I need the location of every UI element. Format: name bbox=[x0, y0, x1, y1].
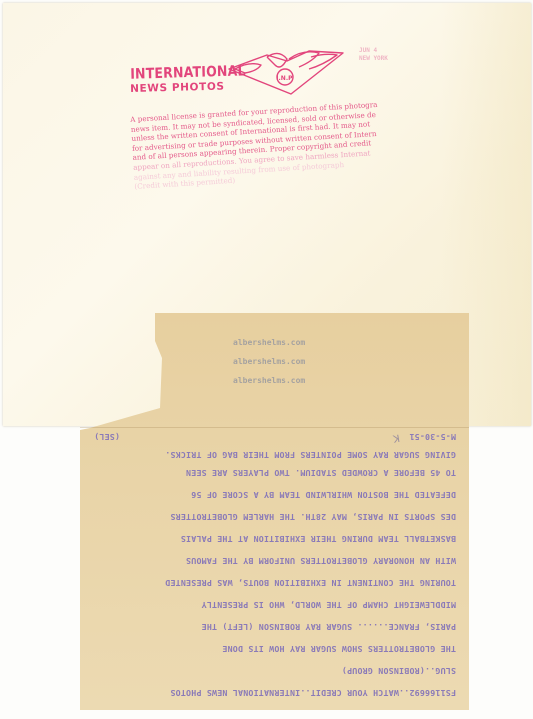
caption-line: GIVING SUGAR RAY SOME POINTERS FROM THEI… bbox=[165, 450, 456, 460]
file-code: M-5-30-51 bbox=[409, 432, 456, 442]
date-stamp: JUN 4 NEW YORK bbox=[359, 47, 388, 63]
caption-line: PARIS, FRANCE...... SUGAR RAY ROBINSON (… bbox=[201, 622, 456, 632]
license-notice: A personal license is granted for your r… bbox=[130, 95, 464, 192]
caption-line: DES SPORTS IN PARIS, MAY 28TH. THE HARLE… bbox=[170, 512, 456, 522]
caption-line: WITH AN HONORARY GLOBETROTTERS UNIFORM B… bbox=[186, 556, 456, 566]
typed-caption: FS1166692..WATCH YOUR CREDIT..INTERNATIO… bbox=[94, 432, 456, 698]
caption-line: BASKETBALL TEAM DURING THEIR EXHIBITION … bbox=[181, 534, 456, 544]
caption-footer: M-5-30-51 (SEL) bbox=[94, 432, 456, 442]
caption-line: DEFEATED THE BOSTON WHIRLWIND TEAM BY A … bbox=[191, 490, 456, 500]
svg-text:I.N.P.: I.N.P. bbox=[276, 75, 293, 82]
watermark: albershelms.com bbox=[233, 338, 305, 347]
typist-initials: (SEL) bbox=[94, 432, 120, 442]
caption-line: TO 45 BEFORE A CROWDED STADIUM. TWO PLAY… bbox=[186, 468, 456, 478]
watermark: albershelms.com bbox=[233, 357, 305, 366]
watermark: albershelms.com bbox=[233, 376, 305, 385]
caption-line: TOURING THE CONTINENT IN EXHIBITION BOUT… bbox=[165, 578, 456, 588]
caption-line: SLUG..(ROBINSON GROUP) bbox=[342, 666, 456, 676]
winged-logo-icon: I.N.P. bbox=[227, 47, 345, 97]
caption-line: FS1166692..WATCH YOUR CREDIT..INTERNATIO… bbox=[170, 688, 456, 698]
photo-edge-divider bbox=[80, 427, 469, 428]
caption-line: THE GLOBETROTTERS SHOW SUGAR RAY HOW ITS… bbox=[222, 644, 456, 654]
caption-line: MIDDLEWEIGHT CHAMP OF THE WORLD, WHO IS … bbox=[201, 600, 456, 610]
document-scan: INTERNATIONAL NEWS PHOTOS I.N.P. JUN 4 N… bbox=[0, 0, 533, 719]
agency-name-line2: NEWS PHOTOS bbox=[130, 81, 225, 95]
